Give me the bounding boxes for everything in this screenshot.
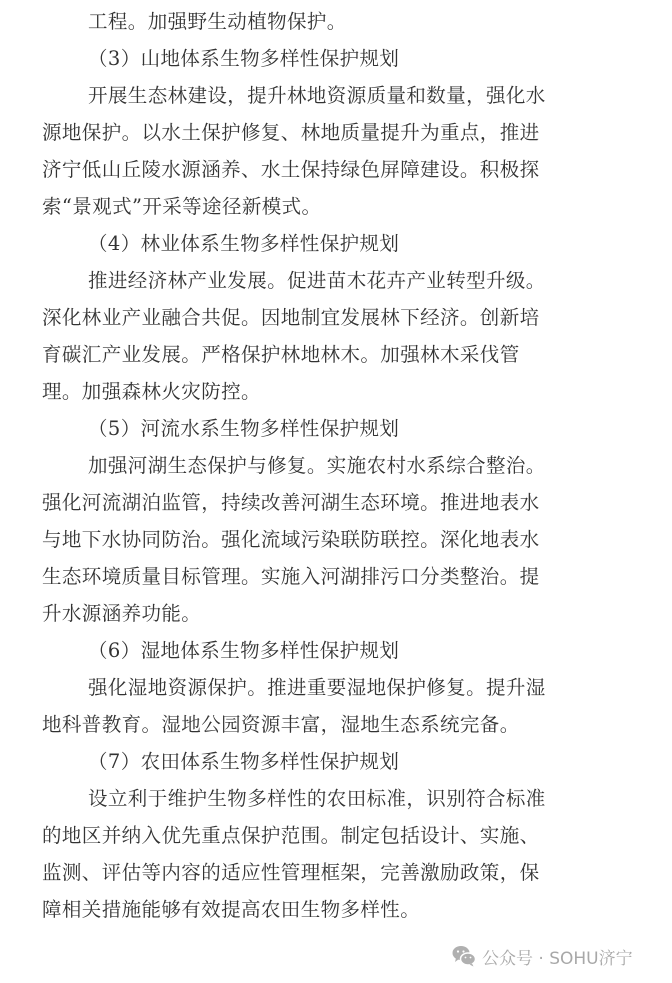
- line-7: 推进经济林产业发展。促进苗木花卉产业转型升级。: [88, 269, 546, 293]
- line-23: 监测、评估等内容的适应性管理框架，完善激励政策，保: [42, 861, 540, 885]
- line-0: 工程。加强野生动植物保护。: [88, 10, 347, 34]
- line-13: 强化河流湖泊监管，持续改善河湖生态环境。推进地表水: [42, 491, 540, 515]
- line-15: 生态环境质量目标管理。实施入河湖排污口分类整治。提: [42, 565, 540, 589]
- line-9: 育碳汇产业发展。严格保护林地林木。加强林木采伐管: [42, 343, 520, 367]
- line-18: 强化湿地资源保护。推进重要湿地保护修复。提升湿: [88, 676, 546, 700]
- section-heading-4: （4）林业体系生物多样性保护规划: [88, 232, 399, 256]
- line-5: 索“景观式”开采等途径新模式。: [42, 195, 321, 219]
- section-heading-3: （3）山地体系生物多样性保护规划: [88, 47, 399, 71]
- line-4: 济宁低山丘陵水源涵养、水土保持绿色屏障建设。积极探: [42, 158, 540, 182]
- section-heading-5: （5）河流水系生物多样性保护规划: [88, 417, 399, 441]
- line-21: 设立利于维护生物多样性的农田标准，识别符合标准: [88, 787, 546, 811]
- line-16: 升水源涵养功能。: [42, 602, 201, 626]
- line-19: 地科普教育。湿地公园资源丰富，湿地生态系统完备。: [42, 713, 520, 737]
- line-10: 理。加强森林火灾防控。: [42, 380, 261, 404]
- line-8: 深化林业产业融合共促。因地制宜发展林下经济。创新培: [42, 306, 540, 330]
- line-14: 与地下水协同防治。强化流域污染联防联控。深化地表水: [42, 528, 540, 552]
- section-heading-6: （6）湿地体系生物多样性保护规划: [88, 639, 399, 663]
- line-12: 加强河湖生态保护与修复。实施农村水系综合整治。: [88, 454, 546, 478]
- line-24: 障相关措施能够有效提高农田生物多样性。: [42, 898, 420, 922]
- line-22: 的地区并纳入优先重点保护范围。制定包括设计、实施、: [42, 824, 540, 848]
- section-heading-7: （7）农田体系生物多样性保护规划: [88, 750, 399, 774]
- watermark-text: 公众号 · SOHU济宁: [482, 944, 633, 969]
- watermark: 公众号 · SOHU济宁: [452, 943, 633, 969]
- line-3: 源地保护。以水土保护修复、林地质量提升为重点，推进: [42, 121, 540, 145]
- wechat-icon: [452, 945, 476, 967]
- line-2: 开展生态林建设，提升林地资源质量和数量，强化水: [88, 84, 546, 108]
